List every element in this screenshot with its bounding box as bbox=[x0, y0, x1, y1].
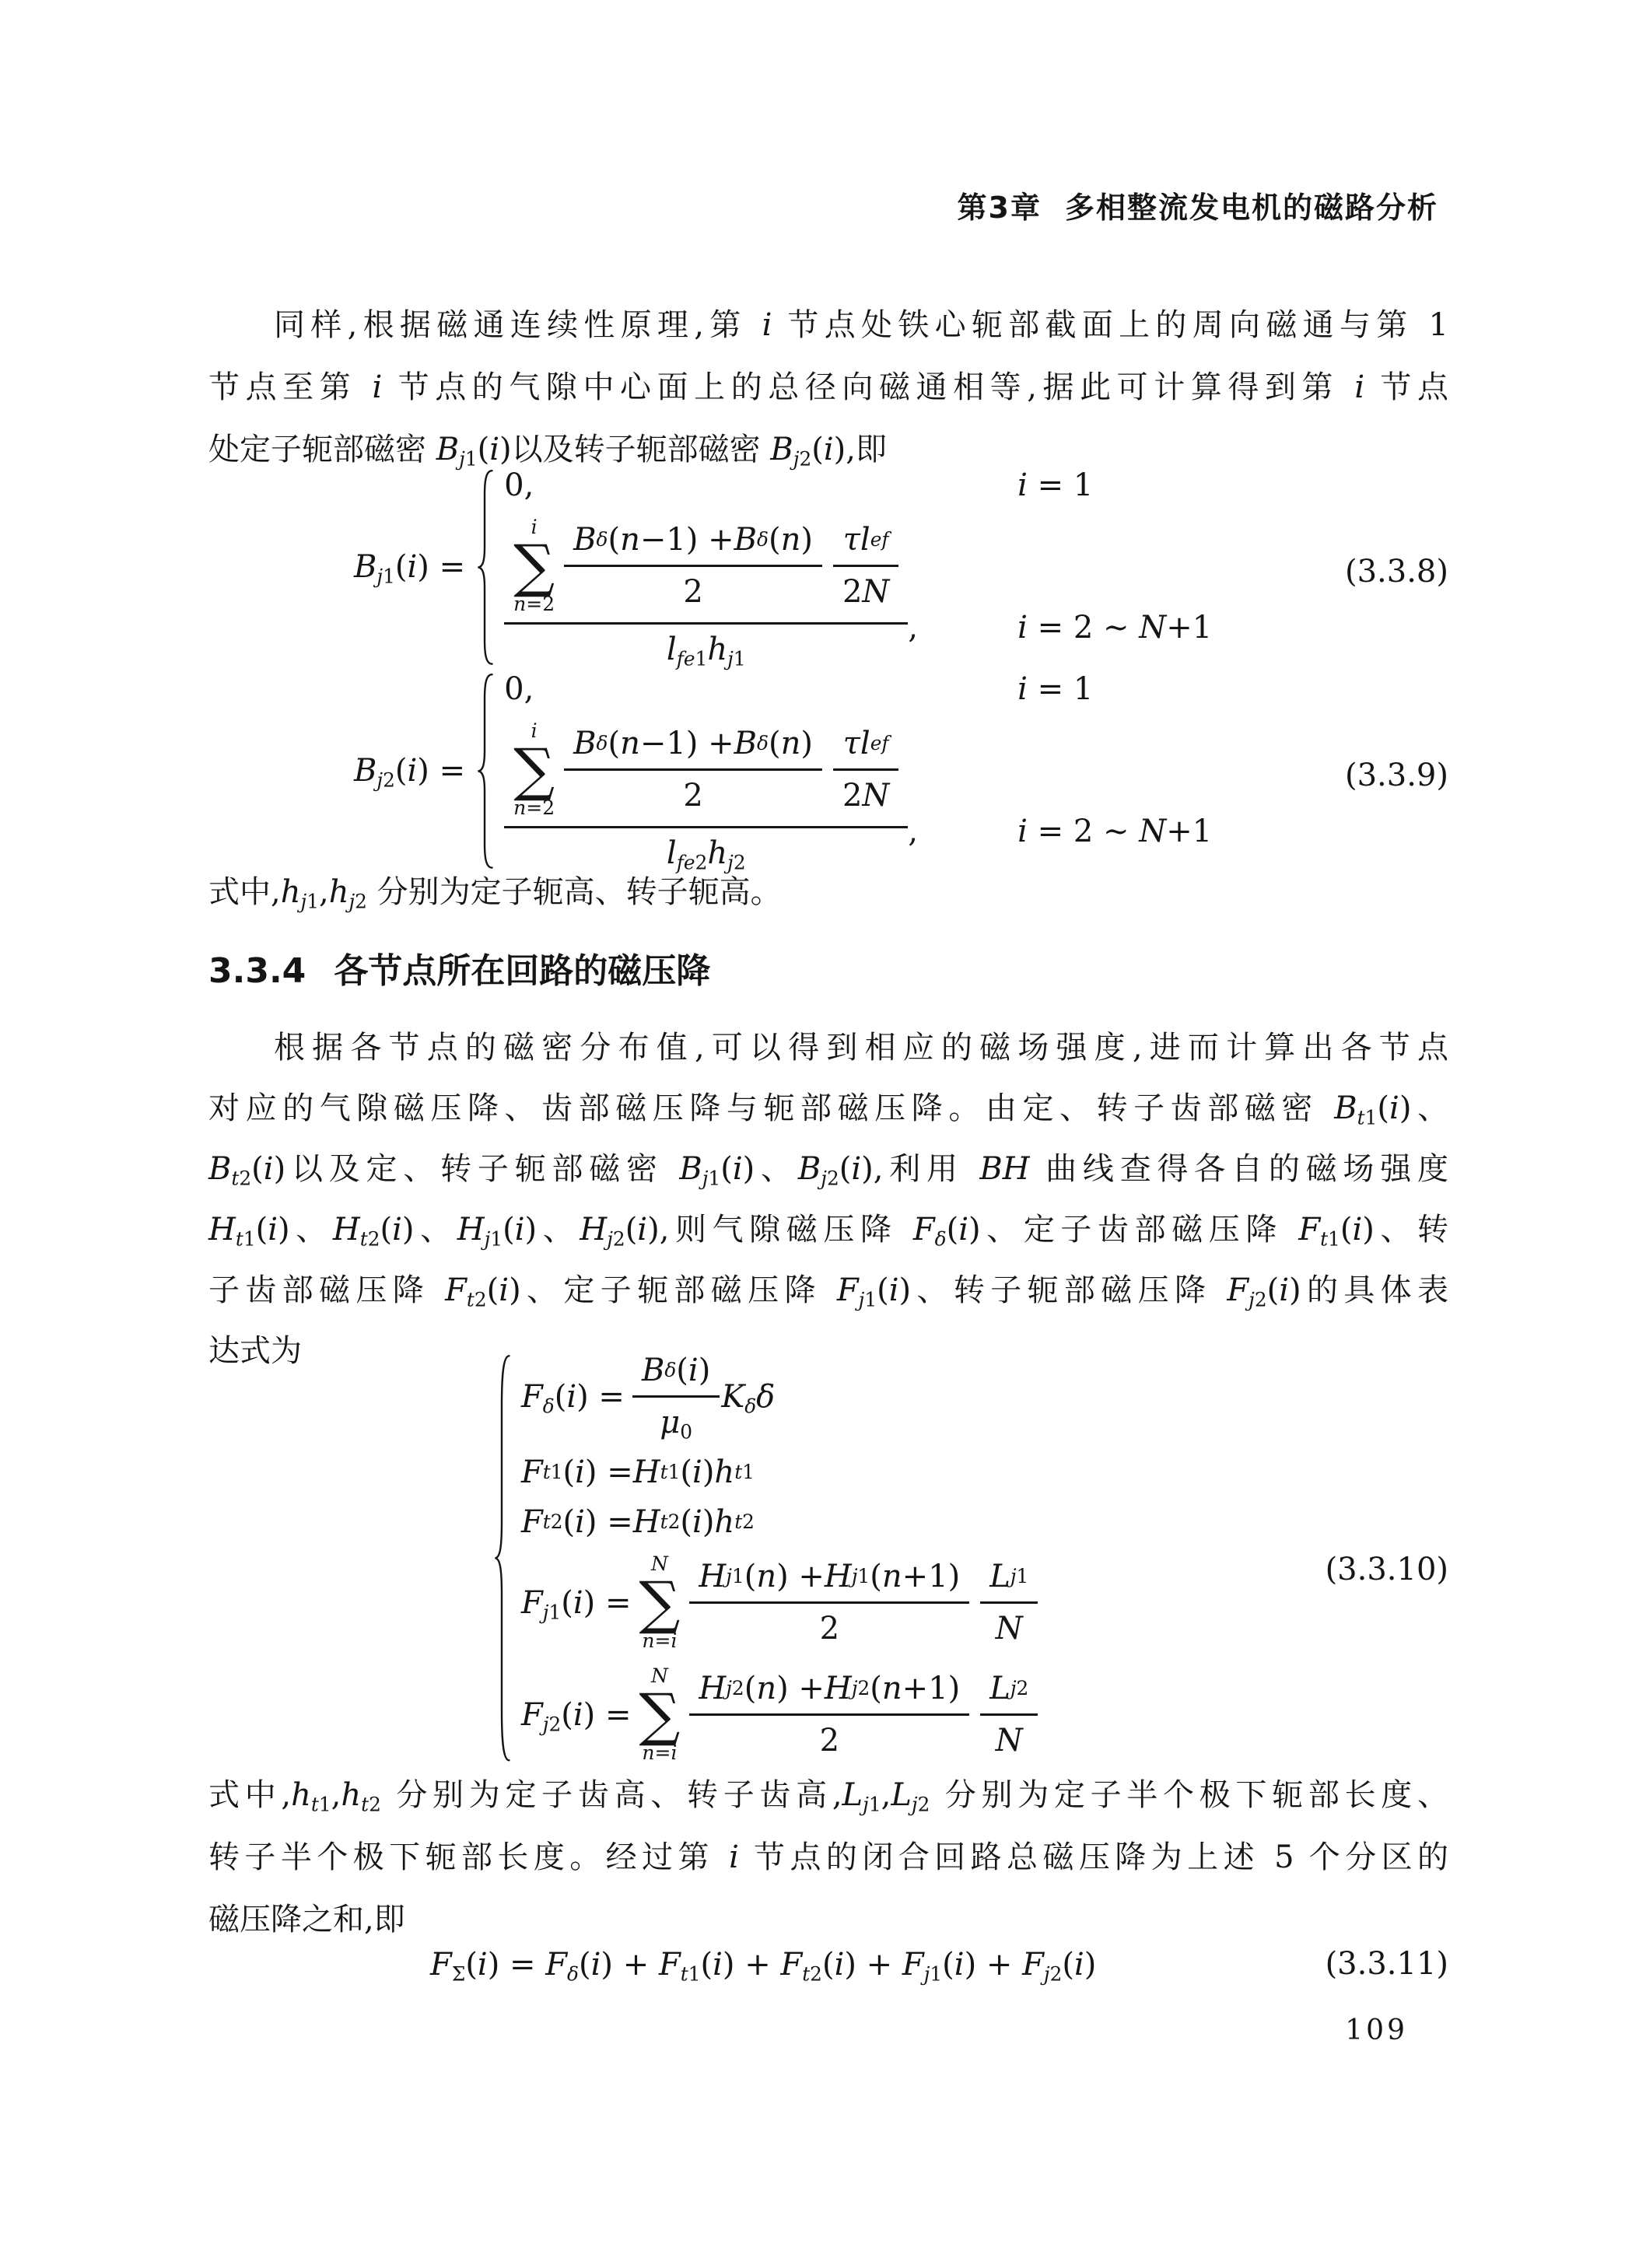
sum-lower-limit: n=i bbox=[642, 1742, 677, 1765]
sigma-icon: ∑ bbox=[513, 539, 555, 593]
chapter-title: 多相整流发电机的磁路分析 bbox=[1065, 184, 1438, 226]
math-run: Ft2(i) bbox=[445, 1272, 521, 1308]
denominator: 2N bbox=[833, 565, 898, 611]
numerator: Bδ(i) bbox=[632, 1352, 720, 1395]
equation-lhs: Bj2(i) = bbox=[354, 752, 465, 789]
comma: , bbox=[908, 813, 918, 850]
sum-lower-limit: n=2 bbox=[513, 797, 555, 820]
text-run: 以及定、转子轭部磁密 bbox=[285, 1151, 679, 1187]
math-run: ht2 bbox=[341, 1777, 381, 1813]
text-line: 磁压降之和,即 bbox=[208, 1888, 1448, 1951]
text-run: 、转子轭部磁压降 bbox=[911, 1272, 1227, 1308]
text-run: 磁压降之和,即 bbox=[208, 1902, 405, 1937]
case-row: 0, i = 1 bbox=[504, 467, 1212, 504]
case-row: 0, i = 1 bbox=[504, 670, 1212, 708]
text-run: 分别为定子半个极下轭部长度、 bbox=[930, 1777, 1448, 1813]
math-run: Ht1(i) bbox=[208, 1212, 290, 1248]
math-run: Ht2(i) bbox=[333, 1212, 415, 1248]
equation-lhs: Bj1(i) = bbox=[354, 548, 465, 586]
book-page: 第3章 多相整流发电机的磁路分析 同样,根据磁通连续性原理,第 i 节点处铁心轭… bbox=[0, 0, 1625, 2268]
case-value: 0, bbox=[504, 467, 534, 504]
text-line: Bt2(i)以及定、转子轭部磁密 Bj1(i)、Bj2(i),利用 BH 曲线查… bbox=[208, 1139, 1448, 1199]
left-brace-icon bbox=[475, 467, 495, 668]
text-run: 子齿部磁压降 bbox=[208, 1272, 445, 1308]
fraction: Lj1 N bbox=[980, 1558, 1038, 1647]
math-run: Bj2(i) bbox=[798, 1151, 874, 1187]
text-run: 达式为 bbox=[208, 1333, 302, 1369]
numerator: τlef bbox=[834, 521, 898, 565]
math-run: Bj1(i) bbox=[436, 432, 512, 467]
equation-number: (3.3.9) bbox=[1345, 758, 1448, 793]
text-run: 式中, bbox=[208, 874, 281, 910]
equation-3-3-8: Bj1(i) = 0, i = 1 i ∑ bbox=[354, 467, 1212, 668]
equation-lhs: Fδ(i) = bbox=[521, 1378, 625, 1416]
text-line: 式中,hj1,hj2 分别为定子轭高、转子轭高。 bbox=[208, 861, 1448, 923]
denominator: lfe1hj1 bbox=[504, 622, 908, 668]
summation: i ∑ n=2 bbox=[513, 720, 555, 820]
numerator: Hj1(n) + Hj1(n+1) bbox=[689, 1558, 969, 1601]
denominator: 2 bbox=[689, 1713, 969, 1759]
numerator: Bδ(n−1) + Bδ(n) bbox=[564, 521, 822, 565]
text-run: 、 bbox=[1411, 1090, 1448, 1126]
text-run: 、 bbox=[755, 1151, 798, 1187]
case-row: i ∑ n=2 Bδ(n−1) + Bδ(n) 2 τlef bbox=[504, 720, 1212, 872]
fraction: Hj1(n) + Hj1(n+1) 2 bbox=[689, 1558, 969, 1647]
fraction: τlef 2N bbox=[833, 725, 898, 814]
math-run: ht1 bbox=[291, 1777, 331, 1813]
section-heading: 3.3.4 各节点所在回路的磁压降 bbox=[208, 943, 710, 992]
text-run: 节点处铁心轭部截面上的周向磁通与第 1 bbox=[772, 307, 1448, 343]
paragraph-intro: 同样,根据磁通连续性原理,第 i 节点处铁心轭部截面上的周向磁通与第 1 节点至… bbox=[208, 294, 1448, 481]
section-number: 3.3.4 bbox=[208, 951, 306, 991]
case-value: 0, bbox=[504, 670, 534, 708]
math-run: Lj2 bbox=[891, 1777, 930, 1813]
numerator: Lj2 bbox=[980, 1670, 1038, 1713]
text-run: ,则气隙磁压降 bbox=[660, 1212, 913, 1248]
text-line: 同样,根据磁通连续性原理,第 i 节点处铁心轭部截面上的周向磁通与第 1 bbox=[208, 294, 1448, 356]
math-run: Bj2(i) bbox=[770, 432, 846, 467]
text-run: , bbox=[319, 874, 329, 910]
case-condition: i = 1 bbox=[1017, 670, 1093, 708]
denominator: 2 bbox=[564, 768, 822, 814]
math-run: Bt1(i) bbox=[1334, 1090, 1411, 1126]
text-run: 、 bbox=[537, 1212, 580, 1248]
numerator: Bδ(n−1) + Bδ(n) bbox=[564, 725, 822, 768]
denominator: N bbox=[980, 1713, 1038, 1759]
summation: i ∑ n=2 bbox=[513, 516, 555, 616]
case-condition: i = 1 bbox=[1017, 467, 1093, 504]
outer-fraction: i ∑ n=2 Bδ(n−1) + Bδ(n) 2 τlef bbox=[504, 516, 908, 668]
text-run: 节点的闭合回路总磁压降为上述 5 个分区的 bbox=[739, 1839, 1448, 1875]
page-number: 109 bbox=[1345, 2014, 1408, 2046]
fraction: Bδ(n−1) + Bδ(n) 2 bbox=[564, 521, 822, 611]
summation: N ∑ n=i bbox=[639, 1665, 681, 1765]
text-run: ,利用 bbox=[874, 1151, 980, 1187]
fraction: Lj2 N bbox=[980, 1670, 1038, 1759]
equation-row: Fj1(i) = N ∑ n=i Hj1(n) + Hj1(n+1) 2 Lj1… bbox=[521, 1553, 1038, 1653]
text-line: 子齿部磁压降 Ft2(i)、定子轭部磁压降 Fj1(i)、转子轭部磁压降 Fj2… bbox=[208, 1260, 1448, 1321]
text-run: 、 bbox=[415, 1212, 457, 1248]
numerator: Lj1 bbox=[980, 1558, 1038, 1601]
paragraph-total-drop: 式中,ht1,ht2 分别为定子齿高、转子齿高,Lj1,Lj2 分别为定子半个极… bbox=[208, 1764, 1448, 1951]
math-run: BH bbox=[979, 1151, 1029, 1187]
text-run: ,即 bbox=[846, 432, 887, 467]
text-run: 同样,根据磁通连续性原理,第 bbox=[274, 307, 762, 343]
text-run: 分别为定子轭高、转子轭高。 bbox=[367, 874, 782, 910]
denominator: 2 bbox=[689, 1601, 969, 1647]
text-line: 根据各节点的磁密分布值,可以得到相应的磁场强度,进而计算出各节点 bbox=[208, 1017, 1448, 1078]
text-run: 、 bbox=[290, 1212, 333, 1248]
running-header: 第3章 多相整流发电机的磁路分析 bbox=[958, 184, 1438, 226]
cases-block: 0, i = 1 i ∑ n=2 bbox=[504, 467, 1212, 668]
equation-3-3-9: Bj2(i) = 0, i = 1 i ∑ bbox=[354, 670, 1212, 872]
text-line: 对应的气隙磁压降、齿部磁压降与轭部磁压降。由定、转子齿部磁密 Bt1(i)、 bbox=[208, 1078, 1448, 1139]
left-brace-icon bbox=[475, 670, 495, 872]
text-line: 转子半个极下轭部长度。经过第 i 节点的闭合回路总磁压降为上述 5 个分区的 bbox=[208, 1826, 1448, 1888]
text-run: 以及转子轭部磁密 bbox=[512, 432, 771, 467]
equation-row: Ft1(i) = Ht1(i)ht1 bbox=[521, 1454, 755, 1491]
math-run: Fδ(i) bbox=[913, 1212, 981, 1248]
math-run: Ft1(i) bbox=[1298, 1212, 1375, 1248]
fraction: Bδ(n−1) + Bδ(n) 2 bbox=[564, 725, 822, 814]
math-run: i bbox=[1354, 369, 1364, 405]
math-run: Hj1(i) bbox=[457, 1212, 537, 1248]
chapter-number: 第3章 bbox=[958, 184, 1042, 226]
text-run: 、定子轭部磁压降 bbox=[521, 1272, 837, 1308]
case-condition: i = 2 ∼ N+1 bbox=[1017, 609, 1212, 646]
text-run: 转子半个极下轭部长度。经过第 bbox=[208, 1839, 729, 1875]
text-run: 节点至第 bbox=[208, 369, 373, 405]
equation-system: Fδ(i) = Bδ(i) μ0 Kδδ Ft1(i) = Ht1(i)ht1 … bbox=[521, 1352, 1038, 1765]
text-line: Ht1(i)、Ht2(i)、Hj1(i)、Hj2(i),则气隙磁压降 Fδ(i)… bbox=[208, 1199, 1448, 1260]
numerator: τlef bbox=[834, 725, 898, 768]
fraction: Bδ(i) μ0 bbox=[632, 1352, 720, 1441]
fraction: τlef 2N bbox=[833, 521, 898, 611]
outer-fraction: i ∑ n=2 Bδ(n−1) + Bδ(n) 2 τlef bbox=[504, 720, 908, 872]
fraction: Hj2(n) + Hj2(n+1) 2 bbox=[689, 1670, 969, 1759]
section-title: 各节点所在回路的磁压降 bbox=[334, 943, 710, 992]
numerator: Hj2(n) + Hj2(n+1) bbox=[689, 1670, 969, 1713]
equation-lhs: Fj1(i) = bbox=[521, 1584, 632, 1622]
denominator: 2N bbox=[833, 768, 898, 814]
equation-row: Fj2(i) = N ∑ n=i Hj2(n) + Hj2(n+1) 2 Lj2… bbox=[521, 1665, 1038, 1765]
text-run: 节点的气隙中心面上的总径向磁通相等,据此可计算得到第 bbox=[382, 369, 1354, 405]
text-run: 式中, bbox=[208, 1777, 291, 1813]
math-run: i bbox=[373, 369, 383, 405]
text-run: 节点 bbox=[1364, 369, 1448, 405]
math-run: Fj1(i) bbox=[837, 1272, 911, 1308]
equation-number: (3.3.11) bbox=[1326, 1946, 1448, 1982]
text-run: 处定子轭部磁密 bbox=[208, 432, 436, 467]
equation-number: (3.3.10) bbox=[1326, 1552, 1448, 1587]
case-row: i ∑ n=2 Bδ(n−1) + Bδ(n) 2 τlef bbox=[504, 516, 1212, 668]
denominator: N bbox=[980, 1601, 1038, 1647]
sigma-icon: ∑ bbox=[639, 1576, 681, 1630]
text-run: , bbox=[881, 1777, 891, 1813]
math-run: Lj1 bbox=[842, 1777, 881, 1813]
equation-number: (3.3.8) bbox=[1345, 554, 1448, 590]
text-line: 节点至第 i 节点的气隙中心面上的总径向磁通相等,据此可计算得到第 i 节点 bbox=[208, 356, 1448, 418]
sigma-icon: ∑ bbox=[513, 743, 555, 797]
text-line: 式中,ht1,ht2 分别为定子齿高、转子齿高,Lj1,Lj2 分别为定子半个极… bbox=[208, 1764, 1448, 1826]
paragraph-field-strength: 根据各节点的磁密分布值,可以得到相应的磁场强度,进而计算出各节点 对应的气隙磁压… bbox=[208, 1017, 1448, 1381]
math-run: hj2 bbox=[329, 874, 367, 910]
math-run: Bj1(i) bbox=[679, 1151, 755, 1187]
equation-lhs: Fj2(i) = bbox=[521, 1696, 632, 1734]
denominator: 2 bbox=[564, 565, 822, 611]
note-after-eq339: 式中,hj1,hj2 分别为定子轭高、转子轭高。 bbox=[208, 861, 1448, 923]
summation: N ∑ n=i bbox=[639, 1553, 681, 1653]
math-run: Fj2(i) bbox=[1227, 1272, 1301, 1308]
equation-row: Fδ(i) = Bδ(i) μ0 Kδδ bbox=[521, 1352, 775, 1441]
text-run: 、转 bbox=[1375, 1212, 1448, 1248]
equation-row: Ft2(i) = Ht2(i)ht2 bbox=[521, 1503, 755, 1541]
text-run: 对应的气隙磁压降、齿部磁压降与轭部磁压降。由定、转子齿部磁密 bbox=[208, 1090, 1334, 1126]
comma: , bbox=[908, 609, 918, 646]
case-condition: i = 2 ∼ N+1 bbox=[1017, 813, 1212, 850]
text-run: 的具体表 bbox=[1301, 1272, 1448, 1308]
equation-3-3-10: Fδ(i) = Bδ(i) μ0 Kδδ Ft1(i) = Ht1(i)ht1 … bbox=[490, 1352, 1038, 1765]
text-run: 根据各节点的磁密分布值,可以得到相应的磁场强度,进而计算出各节点 bbox=[274, 1030, 1448, 1066]
math-run: i bbox=[762, 307, 772, 343]
equation-rhs: Kδδ bbox=[721, 1378, 775, 1416]
text-run: 分别为定子齿高、转子齿高, bbox=[381, 1777, 842, 1813]
text-run: 曲线查得各自的磁场强度 bbox=[1030, 1151, 1448, 1187]
sum-lower-limit: n=i bbox=[642, 1630, 677, 1653]
text-run: 、定子齿部磁压降 bbox=[981, 1212, 1299, 1248]
equation-3-3-11: FΣ(i) = Fδ(i) + Ft1(i) + Ft2(i) + Fj1(i)… bbox=[430, 1946, 1096, 1983]
left-brace-icon bbox=[492, 1352, 512, 1765]
sigma-icon: ∑ bbox=[639, 1688, 681, 1742]
denominator: μ0 bbox=[632, 1395, 720, 1441]
math-run: Bt2(i) bbox=[208, 1151, 285, 1187]
text-run: , bbox=[331, 1777, 341, 1813]
cases-block: 0, i = 1 i ∑ n=2 bbox=[504, 670, 1212, 872]
math-run: hj1 bbox=[281, 874, 319, 910]
sum-lower-limit: n=2 bbox=[513, 593, 555, 616]
math-run: i bbox=[729, 1839, 739, 1875]
math-run: Hj2(i) bbox=[580, 1212, 659, 1248]
